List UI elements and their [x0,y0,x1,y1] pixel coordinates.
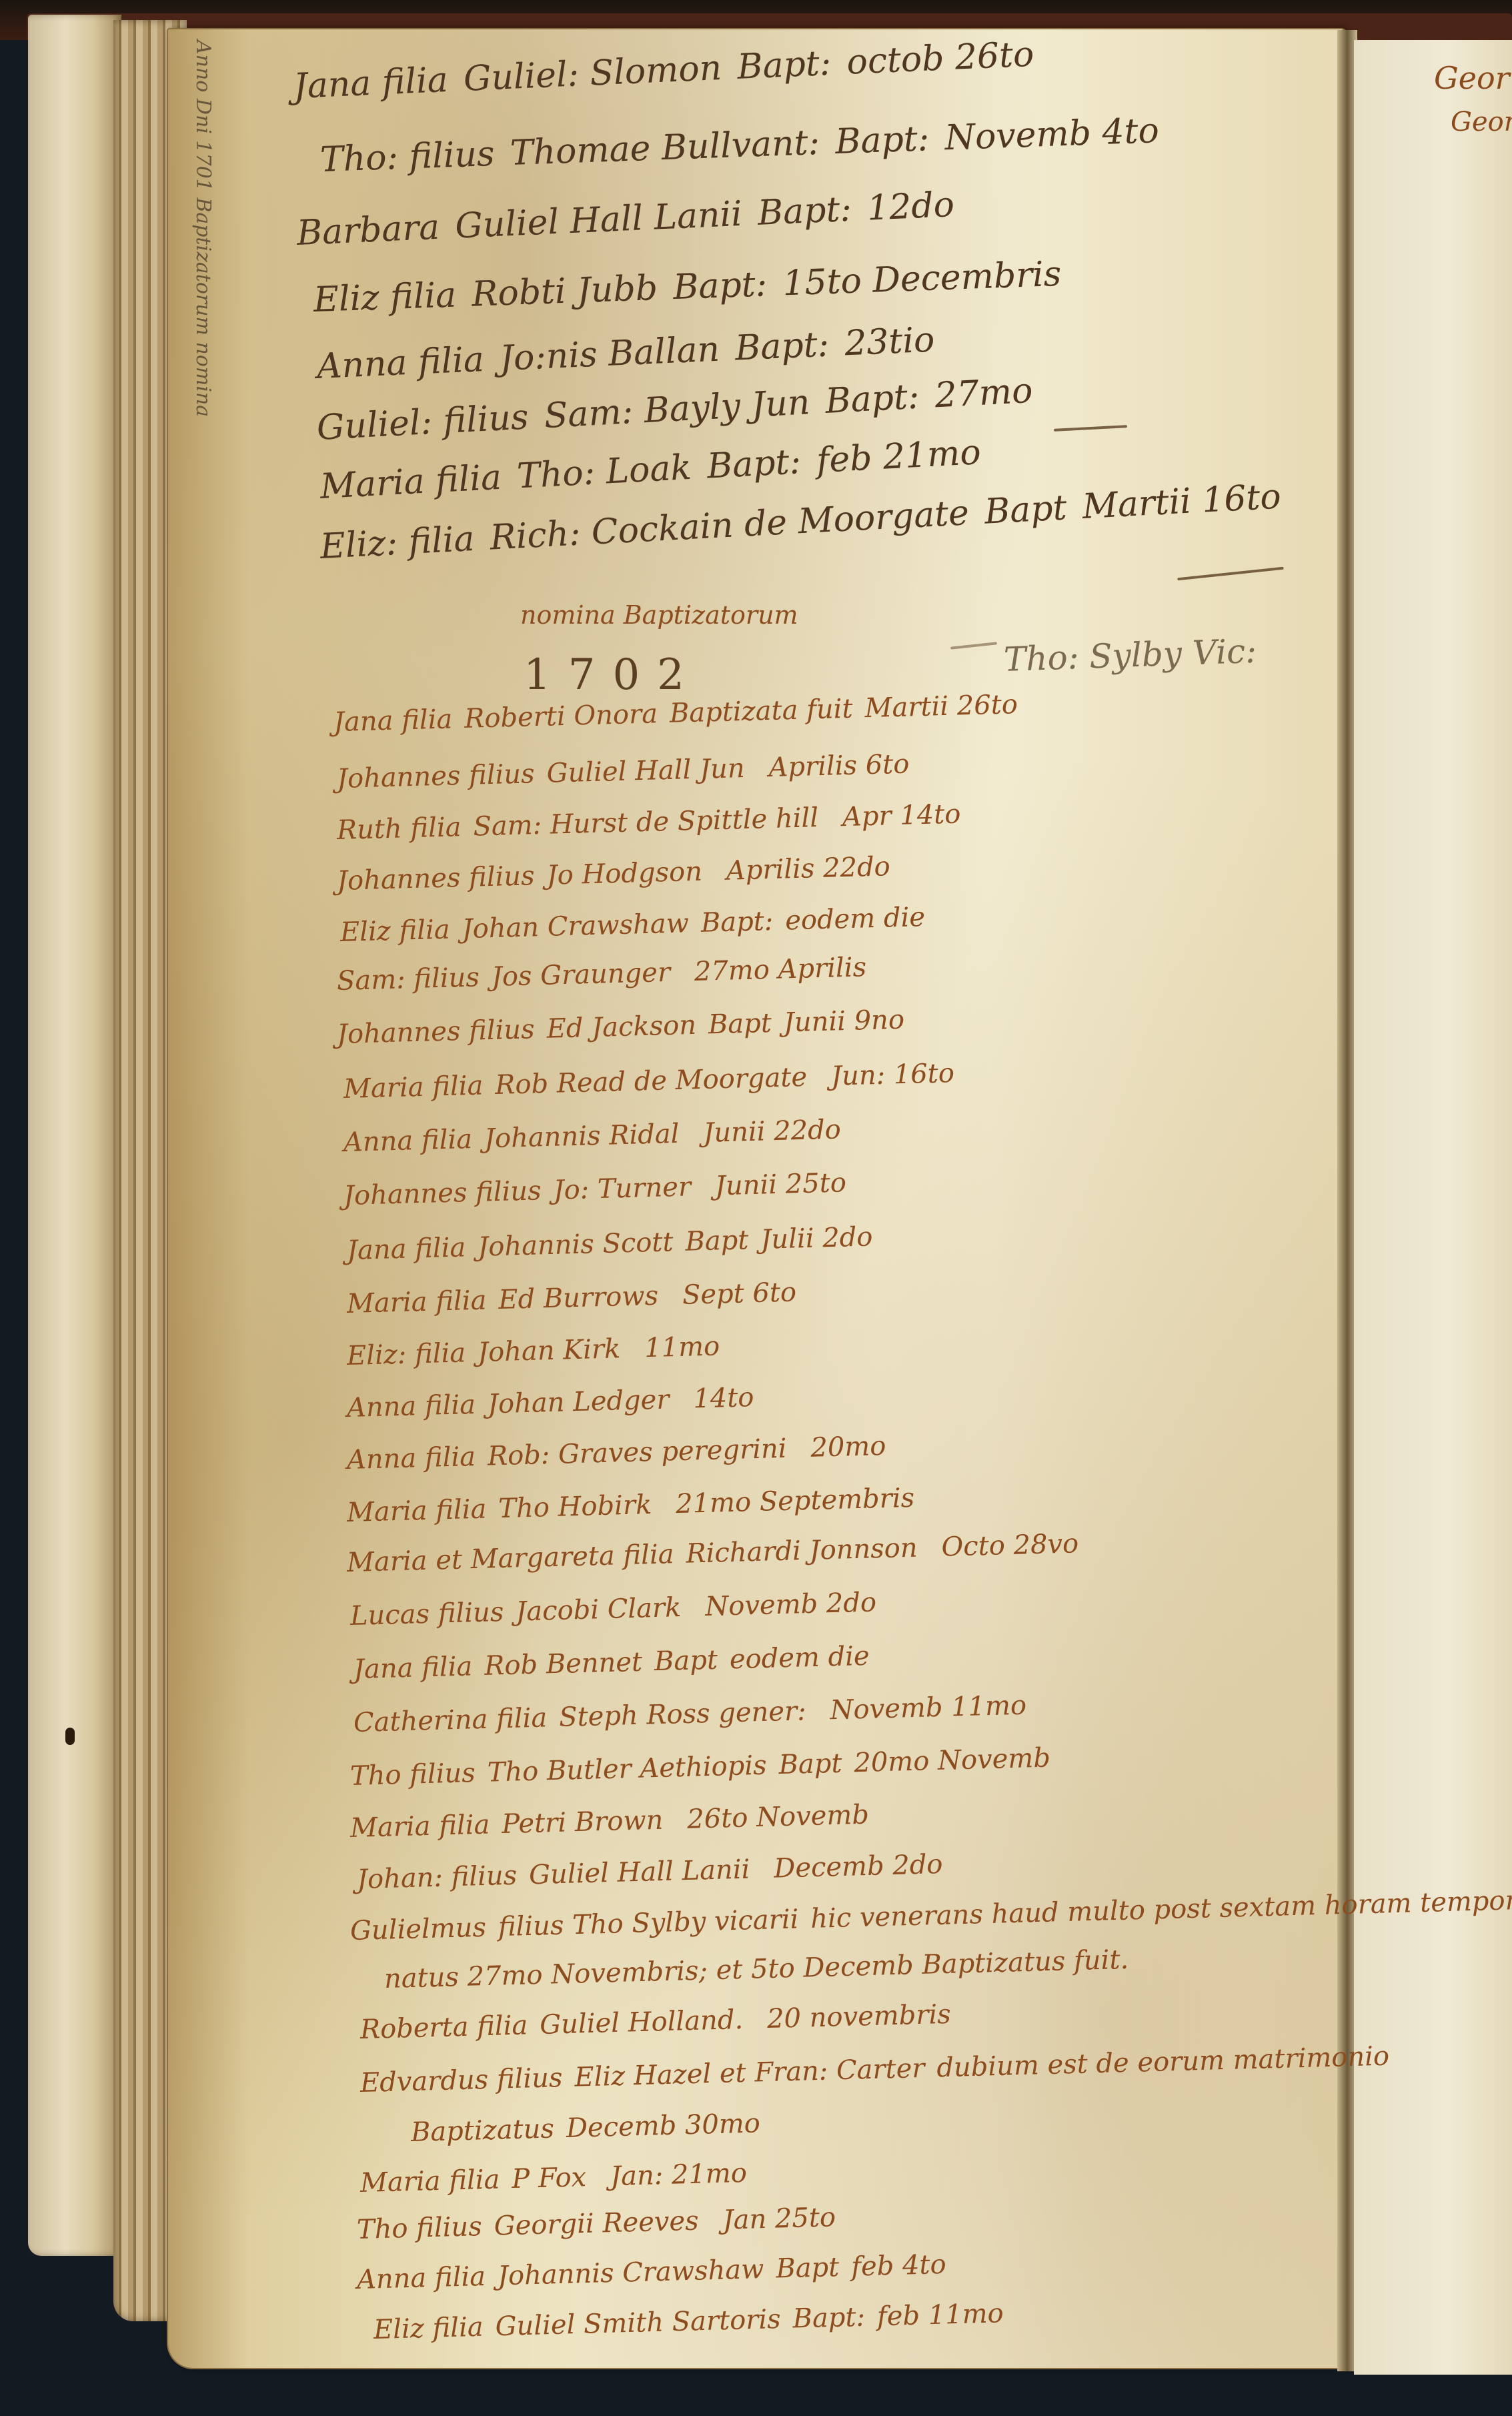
entry-date: Novemb 2do [705,1587,877,1622]
entry-note: Bapt [778,1748,842,1780]
entry-parent-name: Jacobi Clark [516,1592,682,1627]
entry-parent-name: Steph Ross gener: [559,1696,807,1733]
entry-date: Decemb 2do [774,1849,943,1884]
entry-date: 27mo [934,371,1034,416]
entry-note: Bapt [685,1225,749,1257]
register-page-right: Geor Geor [1354,40,1512,2375]
entry-note: Baptizata fuit [669,694,853,729]
entry-note [710,2205,711,2236]
entry-date: Junii 9no [783,1005,904,1039]
entry-date: Sept 6to [682,1277,796,1310]
entry-parent-name [398,2118,399,2149]
entry-note: Bapt: [700,906,774,939]
entry-child-name: Anna filia [356,2261,486,2295]
entry-note [682,957,682,987]
entry-parent-name [371,1964,372,1995]
entry-date: 11mo [644,1331,720,1363]
entry-note: Bapt [776,2252,840,2284]
entry-child-name: Johannes filius [336,860,535,896]
entry-note: Bapt [708,1008,772,1040]
entry-child-name: Maria filia [346,1285,487,1319]
flyleaf [28,15,121,2256]
entry-parent-name: Johan Ledger [487,1384,670,1419]
entry-parent-name: Petri Brown [502,1805,664,1840]
entry-date: Junii 25to [714,1167,846,1201]
entry-child-name: Gulielmus [349,1912,486,1946]
entry-note: Bapt: [672,264,768,308]
entry-date: Aprilis 6to [768,749,910,784]
entry-note [830,802,830,833]
entry-date: Octo 28vo [941,1528,1079,1562]
entry-date: octob 26to [846,35,1034,83]
entry-note: Bapt: [824,377,920,422]
entry-note [702,1171,703,1202]
entry-date: Novemb 11mo [830,1690,1027,1726]
binding-hole [65,1728,75,1745]
entry-date: 20mo Novemb [854,1743,1051,1779]
entry-parent-name: Jo Hodgson [546,856,703,891]
entry-date: eodem die [785,902,926,936]
entry-date: 14to [693,1382,754,1414]
entry-date: Martii 26to [864,689,1018,724]
entry-note [675,1804,676,1835]
entry-child-name: Tho: filius [319,134,496,180]
entry-child-name: Roberta filia [359,2010,528,2045]
entry-note [598,2162,599,2193]
entry-note: Bapt: [757,189,852,233]
entry-note [670,1280,670,1311]
year-heading: 1702 [524,650,702,700]
right-page-fragment: Geor [1434,60,1510,96]
entry-date: Novemb 4to [944,111,1159,158]
entry-child-name: Eliz: filia [346,1337,466,1371]
entry-child-name: Johan: filius [356,1860,517,1895]
entry-date [1401,2040,1401,2071]
entry-child-name: Barbara [296,207,441,253]
entry-date: Decemb 30mo [566,2108,760,2144]
entry-date: eodem die [729,1641,870,1675]
entry-child-name: Eliz filia [373,2312,484,2345]
entry-note [681,1384,682,1415]
entry-note: Bapt: [834,119,930,162]
entry-child-name: Maria filia [359,2165,500,2199]
entry-date: feb 4to [851,2249,947,2283]
entry-note: Bapt: [736,43,832,87]
entry-child-name: Maria filia [349,1810,490,1844]
entry-note [798,1433,799,1463]
entry-child-name: Johannes filius [336,758,535,794]
entry-child-name: Anna filia [316,340,485,387]
entry-child-name: Maria filia [346,1494,487,1528]
entry-parent-name: Guliel Holland. [540,2004,744,2040]
entry-parent-name: Guliel Hall Lanii [529,1854,750,1891]
entry-parent-name: Tho Hobirk [498,1489,652,1524]
entry-child-name: Eliz filia [339,915,450,948]
entry-note [714,856,714,886]
entry-parent-name: Johannis Scott [478,1227,674,1263]
entry-date: 26to Novemb [687,1800,870,1835]
entry-parent-name: Johan Crawshaw [462,908,689,945]
entry-note [762,1854,762,1884]
entry-parent-name: Ed Jackson [546,1010,697,1045]
entry-child-name: Catherina filia [353,1702,547,1738]
entry-child-name: Jana filia [346,1232,466,1266]
right-page-fragment: Geor [1451,107,1512,137]
entry-note [818,1061,819,1092]
entry-child-name: Anna filia [346,1389,476,1423]
entry-date: Jan 25to [722,2202,836,2235]
entry-parent-name: Roberti Onora [464,698,658,734]
entry-child-name: Tho filius [349,1758,476,1792]
entry-child-name [386,2118,387,2149]
entry-date: 27mo Aprilis [694,952,866,987]
entry-date: Apr 14to [842,799,961,833]
entry-child-name: Johannes filius [336,1014,535,1050]
entry-parent-name: Johannis Ridal [484,1119,680,1155]
entry-date: 23tio [844,320,936,364]
entry-note [818,1696,818,1726]
entry-parent-name: Georgii Reeves [494,2206,699,2242]
entry-note [929,1532,930,1563]
entry-note [664,1489,664,1520]
entry-note [691,1118,692,1149]
entry-child-name: Jana filia [353,1651,472,1685]
entry-parent-name: Jos Graunger [491,957,670,993]
entry-note [632,1333,633,1364]
entry-parent-name: Guliel Hall Jun [546,753,745,789]
entry-child-name: Johannes filius [343,1175,542,1211]
entry-date: Jan: 21mo [610,2158,748,2192]
entry-date: 12do [866,185,955,229]
entry-date: 20mo [810,1431,886,1463]
entry-parent-name: Robti Jubb [471,268,658,315]
entry-parent-name: Richardi Jonnson [686,1533,918,1570]
entry-parent-name: Johan Kirk [478,1333,621,1368]
entry-child-name: Anna filia [343,1124,472,1158]
entry-parent-name: Ed Burrows [498,1281,659,1315]
entry-date: Julii 2do [760,1221,873,1255]
entry-child-name: Eliz filia [313,275,457,320]
margin-note-vertical: Anno Dni 1701 Baptizatorum nomina [191,40,215,417]
entry-note: Bapt [984,488,1068,532]
entry-parent-name: P Fox [512,2162,587,2195]
entry-note: Bapt: [706,442,802,486]
entry-note: Bapt [654,1645,718,1677]
entry-date: Aprilis 22do [726,851,890,886]
entry-child-name: Jana filia [333,704,452,738]
entry-note [756,753,757,784]
entry-parent-name: Jo: Turner [553,1171,692,1205]
entry-note: Baptizatus [410,2113,554,2148]
entry-child-name: Lucas filius [349,1597,504,1632]
entry-child-name: Anna filia [346,1441,476,1475]
entry-child-name: Sam: filius [336,962,480,997]
entry-child-name: Jana filia [293,60,449,107]
entry-note: Bapt: [734,324,830,368]
entry-date: Jun: 16to [830,1058,954,1092]
entry-note [755,2004,756,2035]
entry-child-name: Edvardus filius [359,2062,563,2098]
entry-date: feb 11mo [876,2298,1004,2332]
section-heading: nomina Baptizatorum [520,600,798,630]
entry-note: Bapt: [792,2302,866,2335]
entry-child-name: Tho filius [356,2211,482,2245]
entry-date [1141,1944,1141,1974]
entry-date: 21mo Septembris [676,1483,915,1520]
entry-date: Junii 22do [703,1114,842,1148]
entry-child-name: Ruth filia [336,812,462,846]
entry-child-name [359,1964,360,1995]
entry-date: 20 novembris [767,1999,952,2034]
entry-parent-name: Rob Bennet [484,1647,643,1682]
entry-child-name: Maria filia [343,1071,484,1105]
entry-child-name: Eliz: filia [319,519,475,567]
entry-note [693,1592,694,1623]
